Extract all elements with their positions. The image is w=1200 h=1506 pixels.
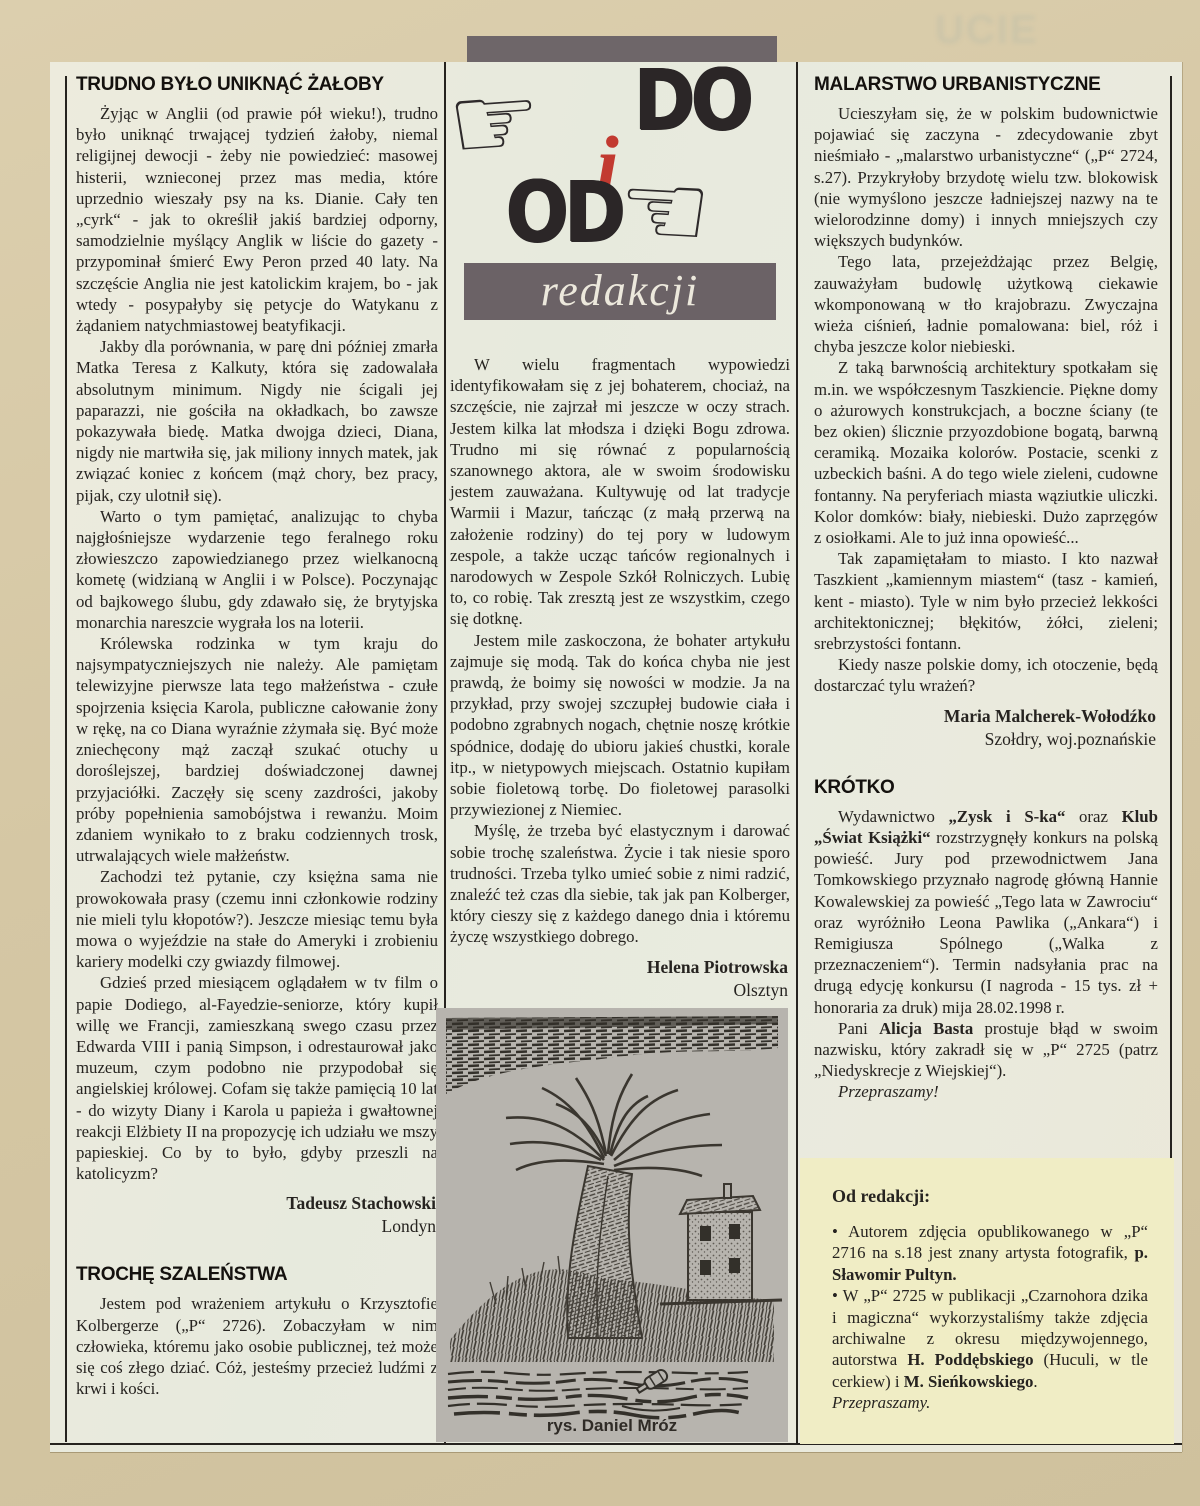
editors-note-item: • Autorem zdjęcia opublikowanego w „P“ 2… [832, 1221, 1148, 1285]
reverse-side-bleed: UCIE [935, 8, 1135, 58]
masthead-word-od: OD [506, 170, 621, 254]
signature-place: Szołdry, woj.poznańskie [814, 728, 1156, 751]
editors-note-title: Od redakcji: [832, 1186, 1148, 1207]
masthead-word-redakcji: redakcji [541, 266, 700, 315]
column-right: MALARSTWO URBANISTYCZNE Ucieszyłam się, … [814, 74, 1158, 1103]
article-heading: MALARSTWO URBANISTYCZNE [814, 74, 1158, 96]
left-frame-rule [65, 76, 67, 1442]
article-heading: TRUDNO BYŁO UNIKNĄĆ ŻAŁOBY [76, 74, 438, 96]
masthead-bar: redakcji [464, 263, 776, 320]
article-paragraph: Jakby dla porównania, w parę dni później… [76, 336, 438, 506]
article-paragraph: Wydawnictwo „Zysk i S-ka“ oraz Klub „Świ… [814, 806, 1158, 1018]
signature-place: Olsztyn [450, 979, 788, 1002]
signature-name: Helena Piotrowska [450, 956, 788, 979]
article-paragraph: Kiedy nasze polskie domy, ich otoczenie,… [814, 654, 1158, 696]
article-heading: KRÓTKO [814, 777, 1158, 799]
column-divider-2 [796, 62, 798, 1444]
column-middle: ☞ DO i OD ☜ redakcji W wielu fragmentach… [450, 62, 790, 1002]
illustration-drawing [436, 1008, 788, 1442]
illustration-panel: rys. Daniel Mróz [436, 1008, 788, 1442]
article-paragraph: Z taką barwnością architektury spotkałam… [814, 357, 1158, 548]
article-paragraph: Pani Alicja Basta prostuje błąd w swoim … [814, 1018, 1158, 1082]
house-figure [660, 1184, 782, 1304]
article-paragraph: Zachodzi też pytanie, czy księżna sama n… [76, 866, 438, 972]
signature-name: Tadeusz Stachowski [76, 1192, 436, 1215]
article-paragraph: Jestem pod wrażeniem artykułu o Krzyszto… [76, 1293, 438, 1399]
article-paragraph: Tak zapamiętałam to miasto. I kto nazwał… [814, 548, 1158, 654]
article-paragraph: Żyjąc w Anglii (od prawie pół wieku!), t… [76, 103, 438, 336]
letter-signature: Tadeusz Stachowski Londyn [76, 1192, 436, 1238]
masthead-word-do: DO [634, 58, 749, 142]
article-paragraph: Myślę, że trzeba być elastycznym i darow… [450, 820, 790, 947]
signature-place: Londyn [76, 1215, 436, 1238]
article-paragraph: Gdzieś przed miesiącem oglądałem w tv fi… [76, 972, 438, 1184]
column-left: TRUDNO BYŁO UNIKNĄĆ ŻAŁOBY Żyjąc w Angli… [76, 74, 438, 1399]
article-paragraph: Warto o tym pamiętać, analizując to chyb… [76, 506, 438, 633]
section-masthead: ☞ DO i OD ☜ redakcji [450, 62, 790, 322]
letter-signature: Helena Piotrowska Olsztyn [450, 956, 788, 1002]
article-paragraph: Ucieszyłam się, że w polskim budownictwi… [814, 103, 1158, 251]
pointing-hand-left-icon: ☜ [615, 156, 714, 265]
editors-note-box: Od redakcji: • Autorem zdjęcia opublikow… [800, 1158, 1174, 1444]
apology-line: Przepraszamy. [832, 1392, 1148, 1413]
illustration-caption: rys. Daniel Mróz [436, 1416, 788, 1436]
editors-note-item: • W „P“ 2725 w publikacji „Czarnohora dz… [832, 1285, 1148, 1392]
paper-area: TRUDNO BYŁO UNIKNĄĆ ŻAŁOBY Żyjąc w Angli… [50, 62, 1182, 1452]
article-paragraph: Jestem mile zaskoczona, że bohater artyk… [450, 630, 790, 821]
pointing-hand-right-icon: ☞ [444, 67, 544, 177]
article-paragraph: Tego lata, przejeżdżając przez Belgię, z… [814, 251, 1158, 357]
article-heading: TROCHĘ SZALEŃSTWA [76, 1264, 438, 1286]
article-paragraph: W wielu fragmentach wypowiedzi identyfik… [450, 354, 790, 630]
magazine-page: UCIE TRUDNO BYŁO UNIKNĄĆ ŻAŁOBY Żyjąc w … [0, 0, 1200, 1506]
letter-signature: Maria Malcherek-Wołodźko Szołdry, woj.po… [814, 705, 1156, 751]
signature-name: Maria Malcherek-Wołodźko [814, 705, 1156, 728]
middle-column-body: W wielu fragmentach wypowiedzi identyfik… [450, 354, 790, 1002]
article-paragraph: Królewska rodzinka w tym kraju do najsym… [76, 633, 438, 866]
apology-line: Przepraszamy! [814, 1081, 1158, 1102]
